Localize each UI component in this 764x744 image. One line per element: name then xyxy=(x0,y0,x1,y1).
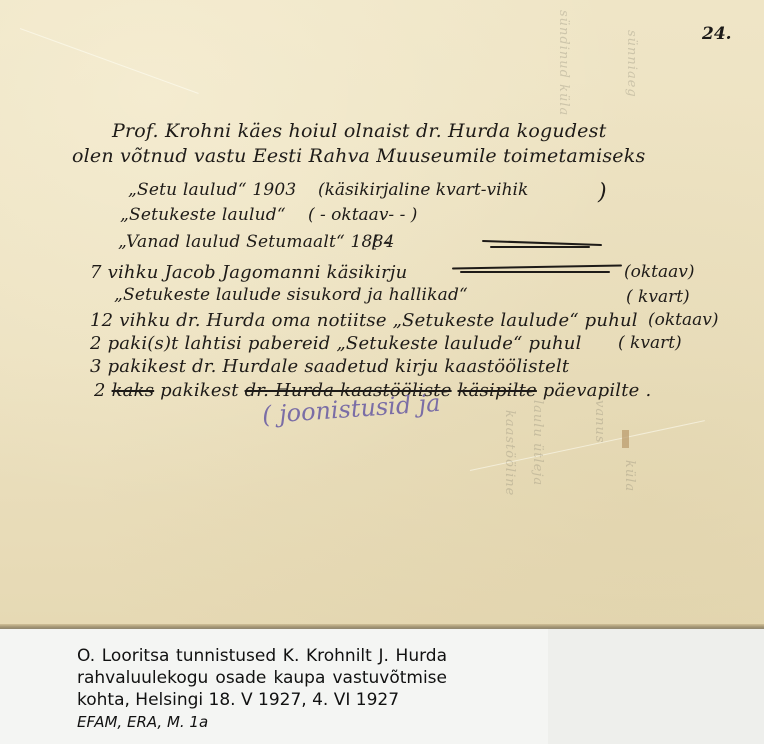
handwritten-line-6: 7 vihku Jacob Jagomanni käsikirju xyxy=(90,262,407,283)
scanned-document-page: sündinud küla sünniaeg kaastööline laulu… xyxy=(0,0,764,628)
caption-background xyxy=(548,629,764,744)
bleed-through-text: laulu ütleja xyxy=(530,400,545,486)
caption-line-2: rahvaluulekogu osade kaupa vastuvõtmise xyxy=(77,667,447,689)
caption-reference: EFAM, ERA, M. 1a xyxy=(77,713,208,731)
struck-word: käsipilte xyxy=(458,380,537,401)
bleed-through-text: vanus xyxy=(592,400,607,444)
handwritten-line-8: 12 vihku dr. Hurda oma notiitse „Setukes… xyxy=(90,310,638,331)
handwritten-line-3: „Setu laulud“ 1903 xyxy=(128,180,296,200)
caption-line-1: O. Looritsa tunnistused K. Krohnilt J. H… xyxy=(77,645,447,667)
handwritten-line-9: 2 paki(s)t lahtisi pabereid „Setukeste l… xyxy=(90,333,582,354)
caption-text: O. Looritsa tunnistused K. Krohnilt J. H… xyxy=(77,645,447,711)
bleed-through-text: sünniaeg xyxy=(624,30,639,98)
paper-stain xyxy=(622,430,629,448)
bleed-through-text: küla xyxy=(622,460,637,492)
handwritten-line-10: 3 pakikest dr. Hurdale saadetud kirju ka… xyxy=(90,356,569,377)
handwritten-line-1: Prof. Krohni käes hoiul olnaist dr. Hurd… xyxy=(112,120,606,142)
scribble-strike xyxy=(460,271,610,273)
line11-tail: päevapilte . xyxy=(543,380,652,401)
handwritten-note-6: (oktaav) xyxy=(624,262,695,282)
bleed-through-text: kaastööline xyxy=(502,410,517,496)
caption-line-3: kohta, Helsingi 18. V 1927, 4. VI 1927 xyxy=(77,689,447,711)
brace: ) xyxy=(598,180,607,205)
handwritten-note-7: ( kvart) xyxy=(626,287,690,307)
line11-count: 2 xyxy=(94,380,106,401)
line11-word: pakikest xyxy=(160,380,239,401)
handwritten-line-7: „Setukeste laulude sisukord ja hallikad“ xyxy=(114,285,468,305)
bleed-through-text: sündinud küla xyxy=(556,10,571,116)
handwritten-line-4: „Setukeste laulud“ xyxy=(120,205,286,225)
page-number: 24. xyxy=(702,24,732,44)
handwritten-note-8: (oktaav) xyxy=(648,310,719,330)
scribble-strike xyxy=(452,265,622,270)
handwritten-line-5: „Vanad laulud Setumaalt“ 1884 xyxy=(118,232,395,252)
handwritten-note-4: ( - oktaav- - ) xyxy=(308,205,417,225)
paper-crease xyxy=(20,28,199,94)
handwritten-note-9: ( kvart) xyxy=(618,333,682,353)
handwritten-note-5: [ - xyxy=(372,232,390,252)
scribble-strike xyxy=(490,246,590,248)
handwritten-line-2: olen võtnud vastu Eesti Rahva Muuseumile… xyxy=(72,145,645,167)
handwritten-note-3: (käsikirjaline kvart-vihik xyxy=(318,180,528,200)
struck-word: kaks xyxy=(112,380,155,401)
